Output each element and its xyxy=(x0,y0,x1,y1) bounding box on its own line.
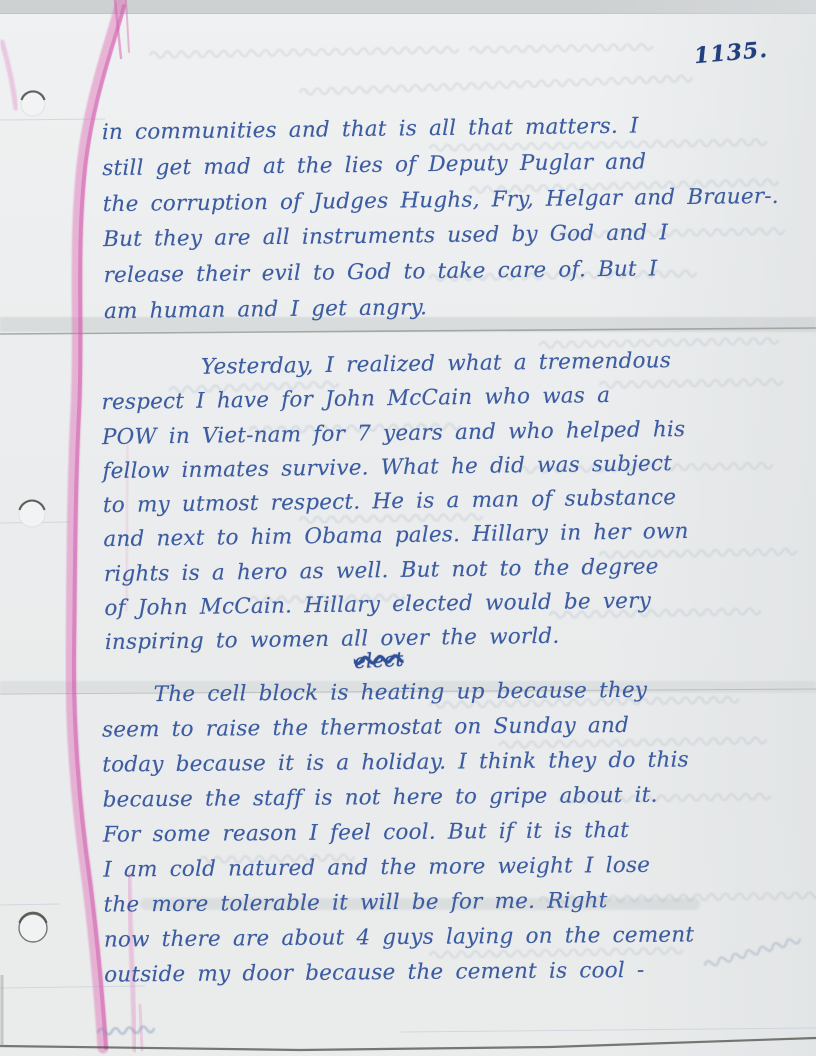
handwritten-line: the more tolerable it will be for me. Ri… xyxy=(103,887,694,927)
handwritten-line: For some reason I feel cool. But if it i… xyxy=(103,817,694,857)
handwritten-line: The cell block is heating up because the… xyxy=(102,677,693,717)
handwritten-line: now there are about 4 guys laying on the… xyxy=(104,922,695,962)
handwriting-layer: in communities and that is all that matt… xyxy=(0,0,816,1056)
handwritten-line: I am cold natured and the more weight I … xyxy=(103,852,694,892)
handwritten-line: am human and I get angry. xyxy=(104,291,780,335)
handwritten-line: today because it is a holiday. I think t… xyxy=(102,747,693,787)
crossed-out-word: elect xyxy=(353,647,404,674)
paragraph-anger-at-judges: in communities and that is all that matt… xyxy=(102,112,781,335)
handwritten-line: seem to raise the thermostat on Sunday a… xyxy=(102,712,693,752)
scanned-letter-page: 1135. in communities and that is all tha… xyxy=(0,0,816,1056)
paragraph-john-mccain: Yesterday, I realized what a tremendous … xyxy=(101,348,690,665)
handwritten-line: outside my door because the cement is co… xyxy=(104,957,695,997)
handwritten-line: because the staff is not here to gripe a… xyxy=(103,782,694,822)
paragraph-cell-block-heat: The cell block is heating up because the… xyxy=(102,677,695,997)
